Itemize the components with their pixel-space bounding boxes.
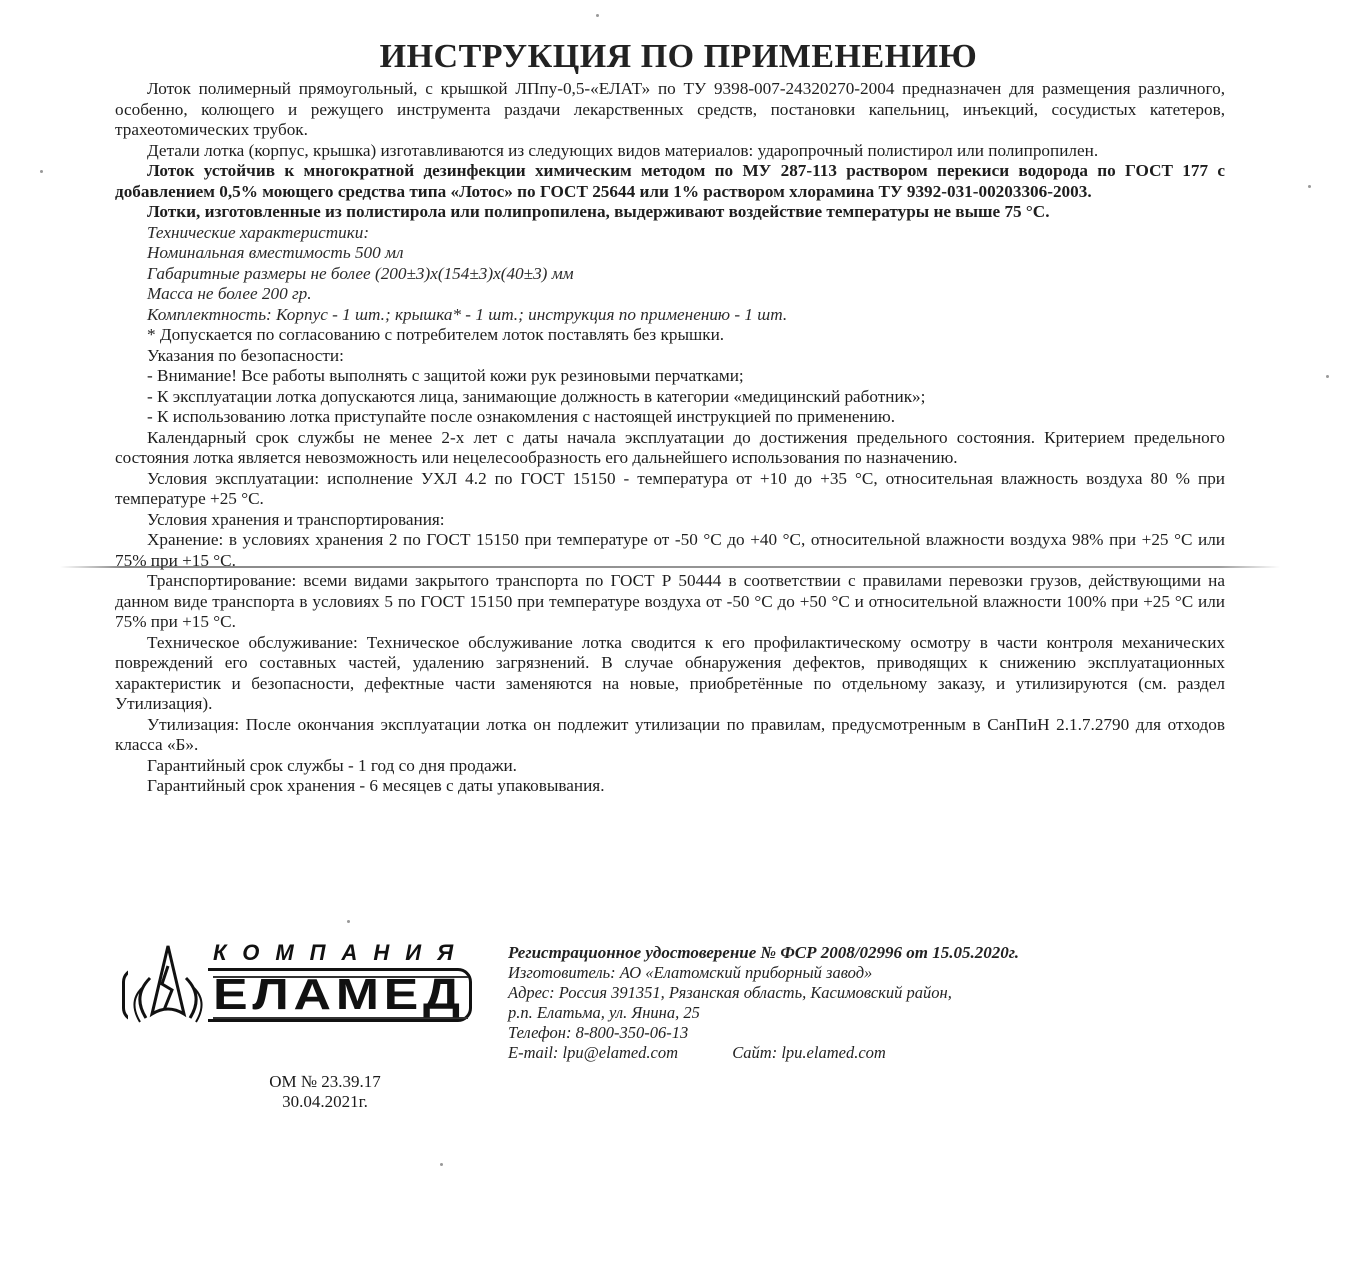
manufacturer-name: Изготовитель: АО «Елатомский приборный з… (508, 963, 1019, 983)
address-line-2: р.п. Елатьма, ул. Янина, 25 (508, 1003, 1019, 1023)
paragraph-service-life: Календарный срок службы не менее 2-х лет… (115, 428, 1225, 469)
page-title: ИНСТРУКЦИЯ ПО ПРИМЕНЕНИЮ (0, 38, 1357, 76)
scan-speck (347, 920, 350, 923)
footnote: * Допускается по согласованию с потребит… (115, 325, 1225, 346)
document-stamp: ОМ № 23.39.17 30.04.2021г. (200, 1072, 450, 1112)
safety-item: - Внимание! Все работы выполнять с защит… (115, 366, 1225, 387)
scan-speck (1326, 375, 1329, 378)
instruction-page: ИНСТРУКЦИЯ ПО ПРИМЕНЕНИЮ Лоток полимерны… (0, 0, 1357, 1263)
paragraph-operating-conditions: Условия эксплуатации: исполнение УХЛ 4.2… (115, 469, 1225, 510)
safety-heading: Указания по безопасности: (115, 346, 1225, 367)
manufacturer-info: Регистрационное удостоверение № ФСР 2008… (508, 943, 1019, 1063)
scan-speck (440, 1163, 443, 1166)
paragraph-storage: Хранение: в условиях хранения 2 по ГОСТ … (115, 530, 1225, 571)
paragraph-temperature: Лотки, изготовленные из полистирола или … (115, 202, 1225, 223)
safety-item: - К эксплуатации лотка допускаются лица,… (115, 387, 1225, 408)
paragraph-materials: Детали лотка (корпус, крышка) изготавлив… (115, 141, 1225, 162)
logo-brand-name: ЕЛАМЕД (213, 970, 465, 1020)
website-link[interactable]: Сайт: lpu.elamed.com (732, 1043, 886, 1062)
address-line-1: Адрес: Россия 391351, Рязанская область,… (508, 983, 1019, 1003)
paragraph-disinfection: Лоток устойчив к многократной дезинфекци… (115, 161, 1225, 202)
spec-kit: Комплектность: Корпус - 1 шт.; крышка* -… (115, 305, 1225, 326)
registration-certificate: Регистрационное удостоверение № ФСР 2008… (508, 943, 1019, 963)
phone: Телефон: 8-800-350-06-13 (508, 1023, 1019, 1043)
company-logo: КОМПАНИЯ ЕЛАМЕД (118, 940, 476, 1025)
logo-company-word: КОМПАНИЯ (213, 940, 469, 966)
spec-capacity: Номинальная вместимость 500 мл (115, 243, 1225, 264)
elamed-flame-icon (128, 944, 208, 1026)
warranty-service: Гарантийный срок службы - 1 год со дня п… (115, 756, 1225, 777)
paragraph-maintenance: Техническое обслуживание: Техническое об… (115, 633, 1225, 715)
email-link[interactable]: E-mail: lpu@elamed.com (508, 1043, 678, 1062)
warranty-storage: Гарантийный срок хранения - 6 месяцев с … (115, 776, 1225, 797)
om-number: ОМ № 23.39.17 (200, 1072, 450, 1092)
scan-speck (596, 14, 599, 17)
instruction-body: Лоток полимерный прямоугольный, с крышко… (115, 79, 1225, 797)
safety-item: - К использованию лотка приступайте посл… (115, 407, 1225, 428)
scan-smudge-line (60, 566, 1280, 568)
stamp-date: 30.04.2021г. (200, 1092, 450, 1112)
scan-speck (40, 170, 43, 173)
spec-mass: Масса не более 200 гр. (115, 284, 1225, 305)
paragraph-disposal: Утилизация: После окончания эксплуатации… (115, 715, 1225, 756)
paragraph-transport: Транспортирование: всеми видами закрытог… (115, 571, 1225, 633)
scan-speck (1308, 185, 1311, 188)
spec-dimensions: Габаритные размеры не более (200±3)х(154… (115, 264, 1225, 285)
storage-heading: Условия хранения и транспортирования: (115, 510, 1225, 531)
paragraph-purpose: Лоток полимерный прямоугольный, с крышко… (115, 79, 1225, 141)
specs-heading: Технические характеристики: (115, 223, 1225, 244)
